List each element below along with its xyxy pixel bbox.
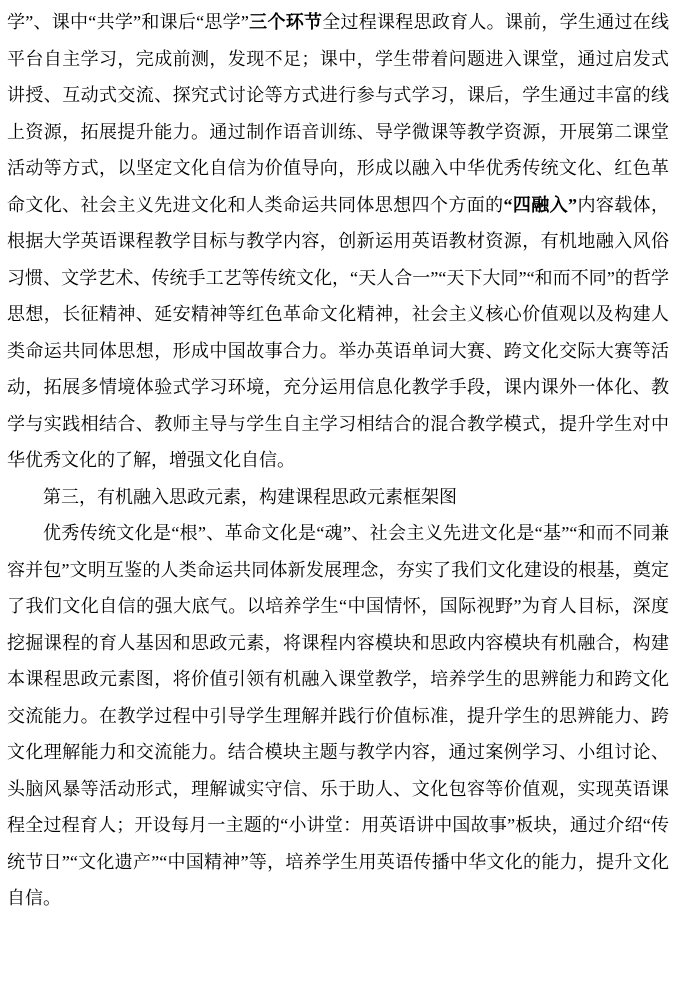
text-run: 优秀传统文化是“根”、革命文化是“魂”、社会主义先进文化是“基”“和而不同兼容并… xyxy=(7,523,669,908)
text-run: 全过程课程思政育人。课前，学生通过在线平台自主学习，完成前测，发现不足；课中，学… xyxy=(7,12,669,215)
bold-text-run: “四融入” xyxy=(504,195,578,215)
paragraph-ideological-elements-framework: 优秀传统文化是“根”、革命文化是“魂”、社会主义先进文化是“基”“和而不同兼容并… xyxy=(7,515,669,917)
text-run: 内容载体，根据大学英语课程教学目标与教学内容，创新运用英语教材资源，有机地融入风… xyxy=(7,195,669,471)
document-body: 学”、课中“共学”和课后“思学”三个环节全过程课程思政育人。课前，学生通过在线平… xyxy=(7,4,669,917)
paragraph-heading-third-point: 第三，有机融入思政元素，构建课程思政元素框架图 xyxy=(7,479,669,516)
text-run: 第三，有机融入思政元素，构建课程思政元素框架图 xyxy=(43,487,457,507)
text-run: 学”、课中“共学”和课后“思学” xyxy=(7,12,249,32)
bold-text-run: 三个环节 xyxy=(249,12,322,32)
paragraph-blended-teaching-model: 学”、课中“共学”和课后“思学”三个环节全过程课程思政育人。课前，学生通过在线平… xyxy=(7,4,669,479)
document-page: 学”、课中“共学”和课后“思学”三个环节全过程课程思政育人。课前，学生通过在线平… xyxy=(0,0,676,987)
